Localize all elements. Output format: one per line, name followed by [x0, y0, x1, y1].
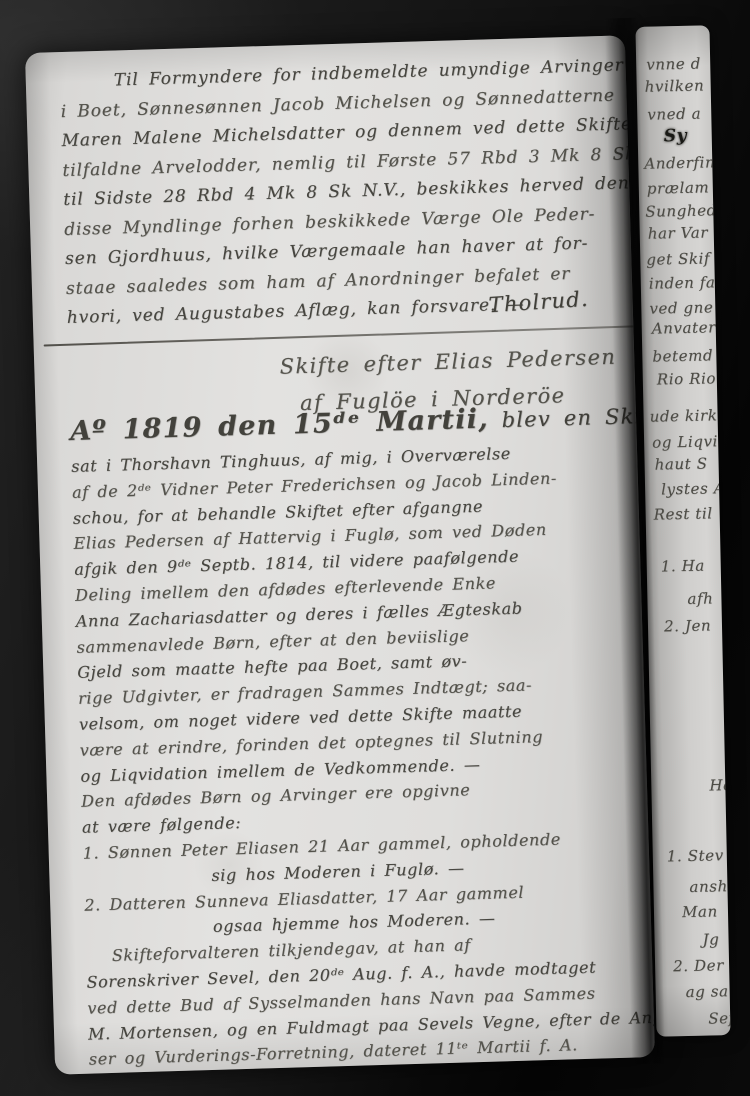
manuscript-fragment: ag sa	[685, 982, 728, 1001]
manuscript-fragment: Anvater	[652, 318, 717, 337]
right-page-fragments: vnne dhvilkenvned aSyAnderfinprælamSungh…	[635, 25, 709, 27]
manuscript-fragment: haut S	[654, 454, 707, 473]
manuscript-fragment: inden fa	[649, 273, 716, 292]
manuscript-fragment: har Var	[648, 223, 709, 242]
manuscript-fragment: 2. Jen	[664, 616, 712, 635]
manuscript-fragment: og Liqvi	[652, 432, 718, 451]
manuscript-fragment: Her	[709, 776, 730, 795]
manuscript-fragment: lystes A	[661, 479, 725, 498]
manuscript-fragment: Sef	[708, 1009, 731, 1028]
left-page: Til Formyndere for indbemeldte umyndige …	[25, 35, 655, 1074]
manuscript-fragment: Sy	[664, 126, 688, 146]
photo-background: Til Formyndere for indbemeldte umyndige …	[0, 0, 750, 1096]
manuscript-fragment: afh	[687, 589, 713, 608]
main-paragraph: sat i Thorshavn Tinghuus, af mig, i Over…	[71, 437, 651, 1073]
date-opening-continuation: blev en Skifteret	[488, 402, 655, 433]
manuscript-fragment: ansha	[689, 877, 730, 896]
manuscript-fragment: Man	[682, 902, 718, 921]
manuscript-fragment: Anderfin	[644, 153, 715, 172]
manuscript-fragment: get Skif	[646, 249, 710, 268]
manuscript-fragment: Sunghed	[645, 201, 717, 220]
manuscript-fragment: vned a	[647, 105, 701, 124]
manuscript-fragment: Rest til	[653, 504, 712, 523]
manuscript-fragment: vnne d	[646, 55, 701, 74]
manuscript-fragment: betemd	[652, 346, 713, 365]
manuscript-fragment: ude kirk	[649, 406, 717, 425]
manuscript-fragment: 1. Stev	[667, 846, 724, 865]
manuscript-fragment: hvilken	[644, 76, 704, 95]
manuscript-fragment: 1. Ha	[661, 557, 705, 576]
manuscript-fragment: Rio Rio	[657, 369, 717, 388]
manuscript-fragment: Jg	[702, 930, 719, 948]
manuscript-fragment: prælam	[647, 178, 710, 197]
manuscript-fragment: ved gne	[649, 298, 713, 317]
manuscript-fragment: 2. Der	[673, 956, 724, 975]
